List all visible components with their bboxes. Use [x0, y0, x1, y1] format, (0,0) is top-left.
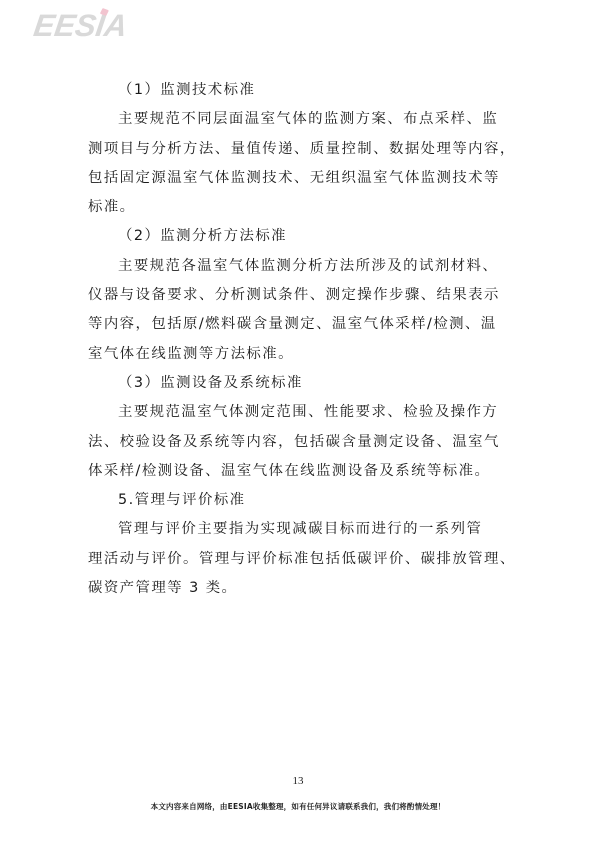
paragraph-line: 碳资产管理等 3 类。: [88, 574, 508, 603]
eesia-logo: EESIA: [32, 10, 129, 41]
paragraph-line: 管理与评价主要指为实现减碳目标而进行的一系列管: [88, 515, 508, 544]
paragraph-line: 测项目与分析方法、量值传递、质量控制、数据处理等内容，: [88, 135, 508, 164]
paragraph-line: 仪器与设备要求、分析测试条件、测定操作步骤、结果表示: [88, 281, 508, 310]
paragraph-line: 主要规范各温室气体监测分析方法所涉及的试剂材料、: [88, 252, 508, 281]
section-heading-management-evaluation: 5.管理与评价标准: [88, 486, 508, 515]
paragraph-line: 体采样/检测设备、温室气体在线监测设备及系统等标准。: [88, 457, 508, 486]
section-heading-monitoring-tech: （1）监测技术标准: [88, 76, 508, 105]
document-body: （1）监测技术标准 主要规范不同层面温室气体的监测方案、布点采样、监 测项目与分…: [88, 76, 508, 603]
paragraph-line: 主要规范不同层面温室气体的监测方案、布点采样、监: [88, 105, 508, 134]
paragraph-line: 主要规范温室气体测定范围、性能要求、检验及操作方: [88, 398, 508, 427]
paragraph-line: 法、校验设备及系统等内容，包括碳含量测定设备、温室气: [88, 428, 508, 457]
paragraph-line: 等内容，包括原/燃料碳含量测定、温室气体采样/检测、温: [88, 310, 508, 339]
logo-text-pre: EES: [32, 8, 99, 43]
page-number: 13: [0, 775, 596, 787]
section-heading-equipment-systems: （3）监测设备及系统标准: [88, 369, 508, 398]
paragraph-line: 标准。: [88, 193, 508, 222]
paragraph-line: 包括固定源温室气体监测技术、无组织温室气体监测技术等: [88, 164, 508, 193]
paragraph-line: 室气体在线监测等方法标准。: [88, 340, 508, 369]
section-heading-analysis-methods: （2）监测分析方法标准: [88, 222, 508, 251]
footer-disclaimer: 本文内容来自网络，由EESIA收集整理，如有任何异议请联系我们，我们将酌情处理！: [0, 801, 596, 812]
paragraph-line: 理活动与评价。管理与评价标准包括低碳评价、碳排放管理、: [88, 545, 508, 574]
